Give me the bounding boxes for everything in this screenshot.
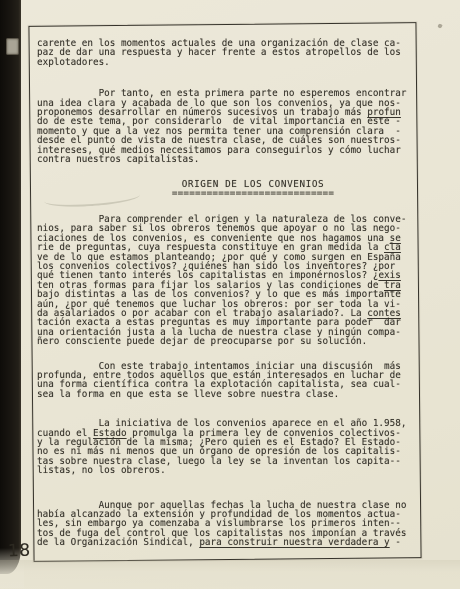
page-number: 18 — [8, 541, 31, 562]
scanned-document-page: { "page": { "number": "18" }, "colors": … — [0, 0, 460, 589]
paragraph: La iniciativa de los convenios aparece e… — [37, 419, 417, 475]
bottom-paper-shading — [0, 560, 460, 589]
spine-label-tab — [6, 38, 19, 55]
paragraph: Para comprender el origen y la naturalez… — [37, 215, 417, 347]
paragraph: carente en los momentos actuales de una … — [37, 39, 417, 67]
paper-speck — [437, 23, 442, 28]
section-title-underline: ============================ — [63, 190, 443, 198]
paragraph: Por tanto, en esta primera parte no espe… — [37, 89, 417, 164]
typed-text-column: carente en los momentos actuales de una … — [37, 39, 417, 548]
book-spine-edge — [0, 0, 21, 574]
paragraph: Aunque por aquellas fechas la lucha de n… — [37, 501, 417, 548]
section-heading: ORIGEN DE LOS CONVENIOS=================… — [63, 180, 443, 197]
paragraph: Con este trabajo intentamos iniciar una … — [37, 362, 417, 400]
